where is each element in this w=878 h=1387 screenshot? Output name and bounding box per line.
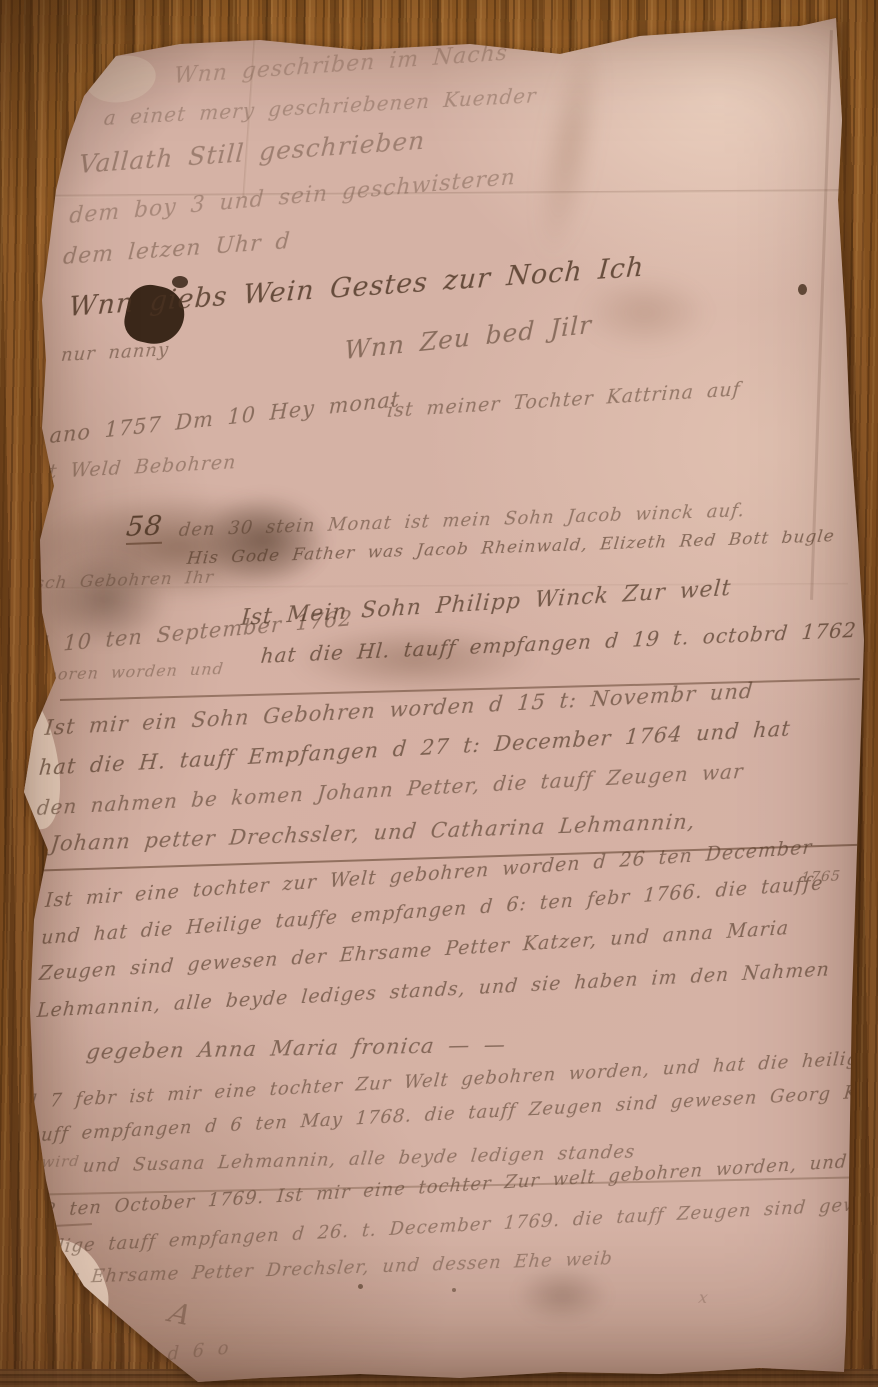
record-1768-line: tauff empfangen d 6 ten May 1768. die ta… <box>20 1080 878 1147</box>
record-1758-line: isch Gebohren Ihr <box>28 568 215 595</box>
record-1762-line: hat die Hl. tauff empfangen d 19 t. octo… <box>260 618 858 668</box>
record-1758-line: 58 <box>125 511 165 543</box>
photo-of-manuscript: Wnn geschriben im Nachsa einet mery gesc… <box>0 0 878 1387</box>
manuscript-page-wrap: Wnn geschriben im Nachsa einet mery gesc… <box>0 0 878 1387</box>
marginalia-line: A <box>165 1296 197 1332</box>
record-1765-1766-line: Lehmannin, alle beyde lediges stands, un… <box>36 958 831 1022</box>
underline-58 <box>126 542 162 545</box>
ink-fleck <box>798 284 807 295</box>
record-1769-line: der Ehrsame Petter Drechsler, und dessen… <box>44 1248 614 1289</box>
record-1765-1766-line: gegeben Anna Maria fronica — — <box>85 1033 507 1064</box>
title-note-line: Wnn Zeu bed Jilr <box>344 310 592 365</box>
ink-fleck <box>452 1288 456 1292</box>
torn-edge-flap <box>0 687 65 832</box>
record-1758-line: den 30 stein Monat ist mein Sohn Jacob w… <box>178 500 746 541</box>
horizontal-fold-crease <box>40 189 858 198</box>
underline-2ten <box>34 1223 92 1228</box>
smudge-stain <box>200 492 330 587</box>
smudge-stain <box>515 1266 610 1324</box>
manuscript-page: Wnn geschriben im Nachsa einet mery gesc… <box>0 0 878 1387</box>
record-1762-line: geboren worden und <box>24 659 225 685</box>
record-1757-line: ano 1757 Dm 10 Hey monat <box>49 387 401 448</box>
horizontal-fold-crease <box>30 583 848 590</box>
record-1764-line: Johann petter Drechssler, und Catharina … <box>49 809 696 856</box>
water-stain <box>525 25 615 265</box>
record-1768-line: bewird <box>20 1152 81 1172</box>
divider-above-1764 <box>60 678 860 701</box>
record-1765-1766-line: Ist mir eine tochter zur Welt gebohren w… <box>44 836 813 912</box>
vertical-fold-crease <box>242 38 256 198</box>
record-1758-line: His Gode Father was Jacob Rheinwald, Eli… <box>186 526 836 569</box>
record-1768-line: und Susana Lehmannin, alle beyde ledigen… <box>82 1142 637 1178</box>
record-1765-1766-line: Zeugen sind gewesen der Ehrsame Petter K… <box>38 917 790 985</box>
water-stain <box>580 275 710 350</box>
record-1757-line: ist meiner Tochter Kattrina auf <box>386 378 741 422</box>
record-1768-line: d 7 febr ist mir eine tochter Zur Welt g… <box>24 1048 871 1113</box>
faded-ownership-note-line: Vallath Still geschrieben <box>78 126 426 179</box>
record-1764-line: hat die H. tauff Empfangen d 27 t: Decem… <box>38 717 792 781</box>
record-1765-1766-line: 1765 <box>800 869 841 886</box>
smudge-stain <box>30 492 330 602</box>
ink-fleck <box>358 1284 363 1289</box>
record-1757-line: ist Weld Bebohren <box>30 451 237 484</box>
faded-ownership-note-line: a einet mery geschriebenen Kuender <box>103 83 538 130</box>
record-1762-line: Ist Mein Sohn Philipp Winck Zur welt <box>240 576 732 631</box>
smudge-stain <box>290 624 540 694</box>
divider-above-1766 <box>24 843 870 872</box>
record-1769-line: d 2 ten October 1769. Ist mir eine tocht… <box>18 1146 878 1223</box>
record-1769-line: heilige tauff empfangen d 26. t. Decembe… <box>26 1192 878 1259</box>
right-edge-crease <box>810 30 833 600</box>
torn-edge-flap <box>83 50 160 107</box>
record-1764-line: den nahmen be komen Johann Petter, die t… <box>36 759 745 820</box>
marginalia-line: d 6 o <box>167 1337 230 1365</box>
record-1765-1766-line: und hat die Heilige tauffe empfangen d 6… <box>40 872 824 949</box>
marginalia-line: x <box>697 1288 710 1307</box>
title-note-line: Wnn giebs Wein Gestes zur Noch Ich <box>68 252 646 323</box>
title-note-line: nur nanny <box>60 339 170 366</box>
record-1762-line: d 10 ten September 1762 <box>35 606 354 658</box>
ink-blot-satellite <box>172 276 188 288</box>
paper-edge-shading <box>0 0 878 1387</box>
faded-ownership-note-line: dem letzen Uhr d <box>62 229 291 270</box>
divider-above-1769 <box>18 1176 868 1196</box>
faded-ownership-note-line: Wnn geschriben im Nachs <box>173 41 509 90</box>
smudge-stain <box>40 552 170 647</box>
torn-edge-flap <box>13 1228 117 1342</box>
ink-blot <box>121 281 190 350</box>
record-1764-line: Ist mir ein Sohn Gebohren worden d 15 t:… <box>44 679 755 740</box>
faded-ownership-note-line: dem boy 3 und sein geschwisteren <box>69 165 517 229</box>
